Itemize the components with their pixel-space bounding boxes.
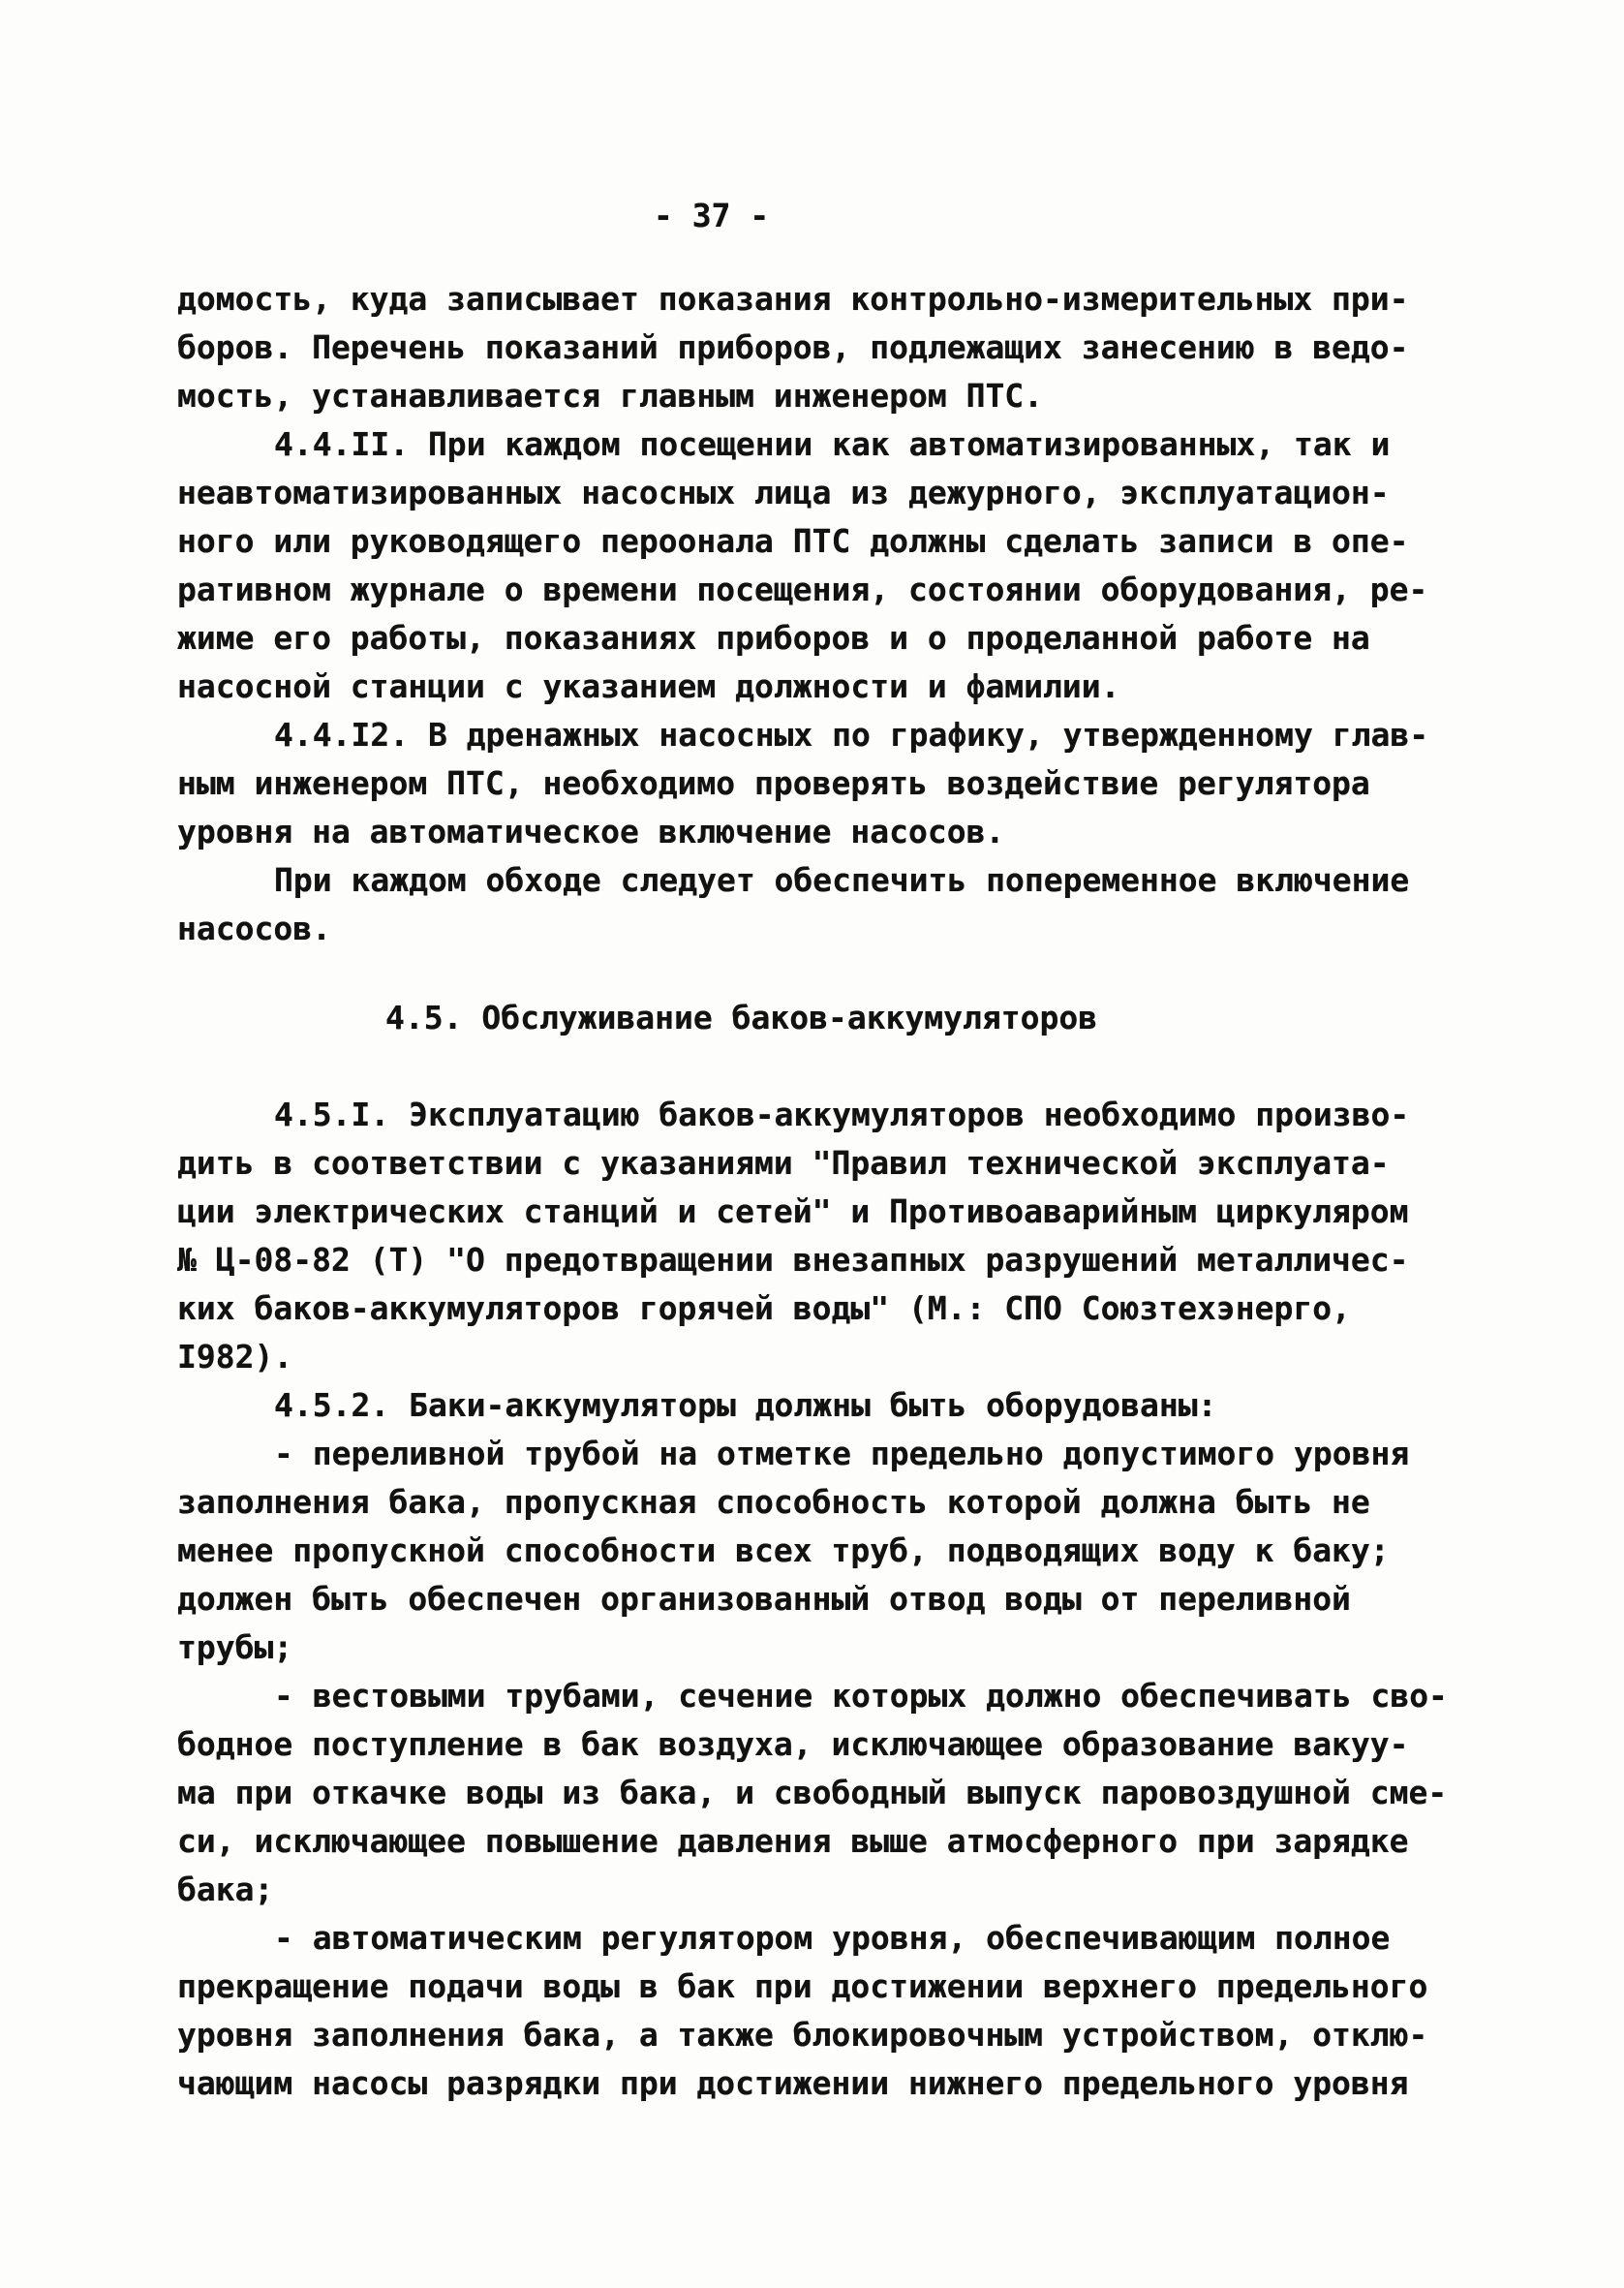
document-page: - 37 - домость, куда записывает показани…	[0, 0, 1624, 2288]
page-number: - 37 -	[177, 192, 1440, 240]
paragraph-4-4-12: 4.4.I2. В дренажных насосных по графику,…	[177, 711, 1455, 856]
paragraph-walkround-note: При каждом обходе следует обеспечить поп…	[177, 856, 1455, 953]
list-item-overflow-pipe: - переливной трубой на отметке предельно…	[177, 1430, 1455, 1672]
list-item-level-regulator: - автоматическим регулятором уровня, обе…	[177, 1914, 1455, 2108]
list-item-vent-pipes: - вестовыми трубами, сечение которых дол…	[177, 1672, 1455, 1914]
paragraph-continuation: домость, куда записывает показания контр…	[177, 275, 1455, 420]
section-heading-4-5: 4.5. Обслуживание баков-аккумуляторов	[177, 994, 1455, 1042]
document-body: домость, куда записывает показания контр…	[177, 275, 1455, 2108]
paragraph-4-4-11: 4.4.II. При каждом посещении как автомат…	[177, 420, 1455, 711]
paragraph-4-5-1: 4.5.I. Эксплуатацию баков-аккумуляторов …	[177, 1091, 1455, 1381]
paragraph-4-5-2: 4.5.2. Баки-аккумуляторы должны быть обо…	[177, 1381, 1455, 1430]
